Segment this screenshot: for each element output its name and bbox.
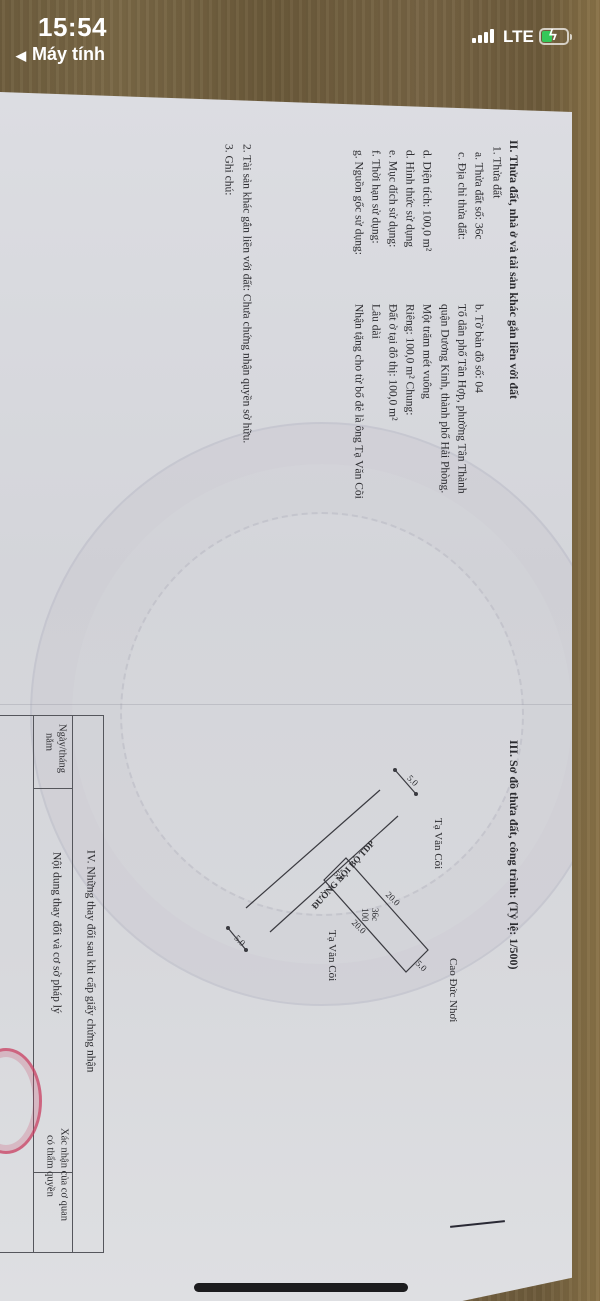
col-confirm-line2: có thẩm quyền (44, 1135, 55, 1197)
back-label: Máy tính (32, 44, 105, 64)
section-4-title: IV. Những thay đổi sau khi cấp giấy chứn… (84, 850, 96, 1072)
notes-label: 3. Ghi chú: (222, 144, 234, 195)
address-value-1: Tổ dân phố Tân Hợp, phường Tân Thành (455, 304, 467, 494)
area-label: d. Diện tích: 100,0 m² (420, 150, 432, 251)
col-date-line2: năm (43, 733, 54, 751)
cellular-signal-icon (472, 29, 494, 43)
back-triangle-icon: ◀ (16, 48, 26, 63)
parcel-area: 100 (360, 908, 370, 922)
neighbor-top: Tạ Văn Cõi (432, 818, 443, 869)
page-fold-line (0, 704, 572, 705)
status-bar: 15:54 ◀Máy tính LTE ϟ (0, 0, 600, 80)
area-value: Một trăm mét vuông (420, 304, 432, 399)
sub-land-parcel: 1. Thửa đất (490, 146, 502, 198)
usage-form-label: d. Hình thức sử dụng (403, 150, 415, 247)
usage-term-value: Lâu dài (369, 304, 381, 339)
neighbor-bottom: Tạ Văn Cõi (326, 930, 337, 981)
usage-purpose-label: e. Mục đích sử dụng: (386, 150, 398, 247)
back-to-app-button[interactable]: ◀Máy tính (16, 44, 105, 65)
parcel-id: 36c (370, 908, 380, 921)
usage-origin-label: g. Nguồn gốc sử dụng: (352, 150, 364, 255)
parcel-diagram: ĐƯỜNG NỘI BỘ TDP 5.0 5.0 5.0 5.0 20.0 20… (220, 740, 480, 1000)
parcel-short-b: 5.0 (414, 958, 429, 973)
address-label: c. Địa chỉ thửa đất: (455, 152, 467, 240)
section-3-title: III. Sơ đồ thửa đất, công trình: (Tỷ lệ:… (508, 740, 520, 970)
section-2-title: II. Thửa đất, nhà ở và tài sản khác gắn … (508, 140, 520, 399)
home-indicator[interactable] (194, 1283, 408, 1292)
usage-purpose-value: Đất ở tại đô thị: 100,0 m² (386, 304, 398, 421)
usage-form-value: Riêng: 100,0 m² Chung: (403, 304, 415, 415)
road-width-b: 5.0 (405, 773, 420, 788)
network-type: LTE (503, 27, 534, 47)
neighbor-end: Cao Đức Nhơi (447, 958, 458, 1022)
col-confirm-line1: Xác nhận của cơ quan (58, 1128, 69, 1221)
map-sheet-number: b. Tờ bản đồ số: 04 (472, 304, 484, 393)
clock: 15:54 (38, 12, 107, 43)
usage-origin-value: Nhận tặng cho từ bố đẻ là ông Tạ Văn Cõi (352, 304, 364, 499)
parcel-long-a: 20.0 (384, 890, 403, 909)
parcel-number: a. Thửa đất số: 36c (472, 152, 484, 239)
other-assets: 2. Tài sản khác gắn liền với đất: Chưa c… (240, 144, 252, 443)
usage-term-label: f. Thời hạn sử dụng: (369, 150, 381, 244)
col-content: Nội dung thay đổi và cơ sở pháp lý (50, 852, 62, 1014)
col-date-line1: Ngày/tháng (56, 724, 67, 773)
battery-charging-icon: ϟ (539, 28, 569, 45)
address-value-2: quận Dương Kinh, thành phố Hải Phòng. (438, 304, 450, 493)
